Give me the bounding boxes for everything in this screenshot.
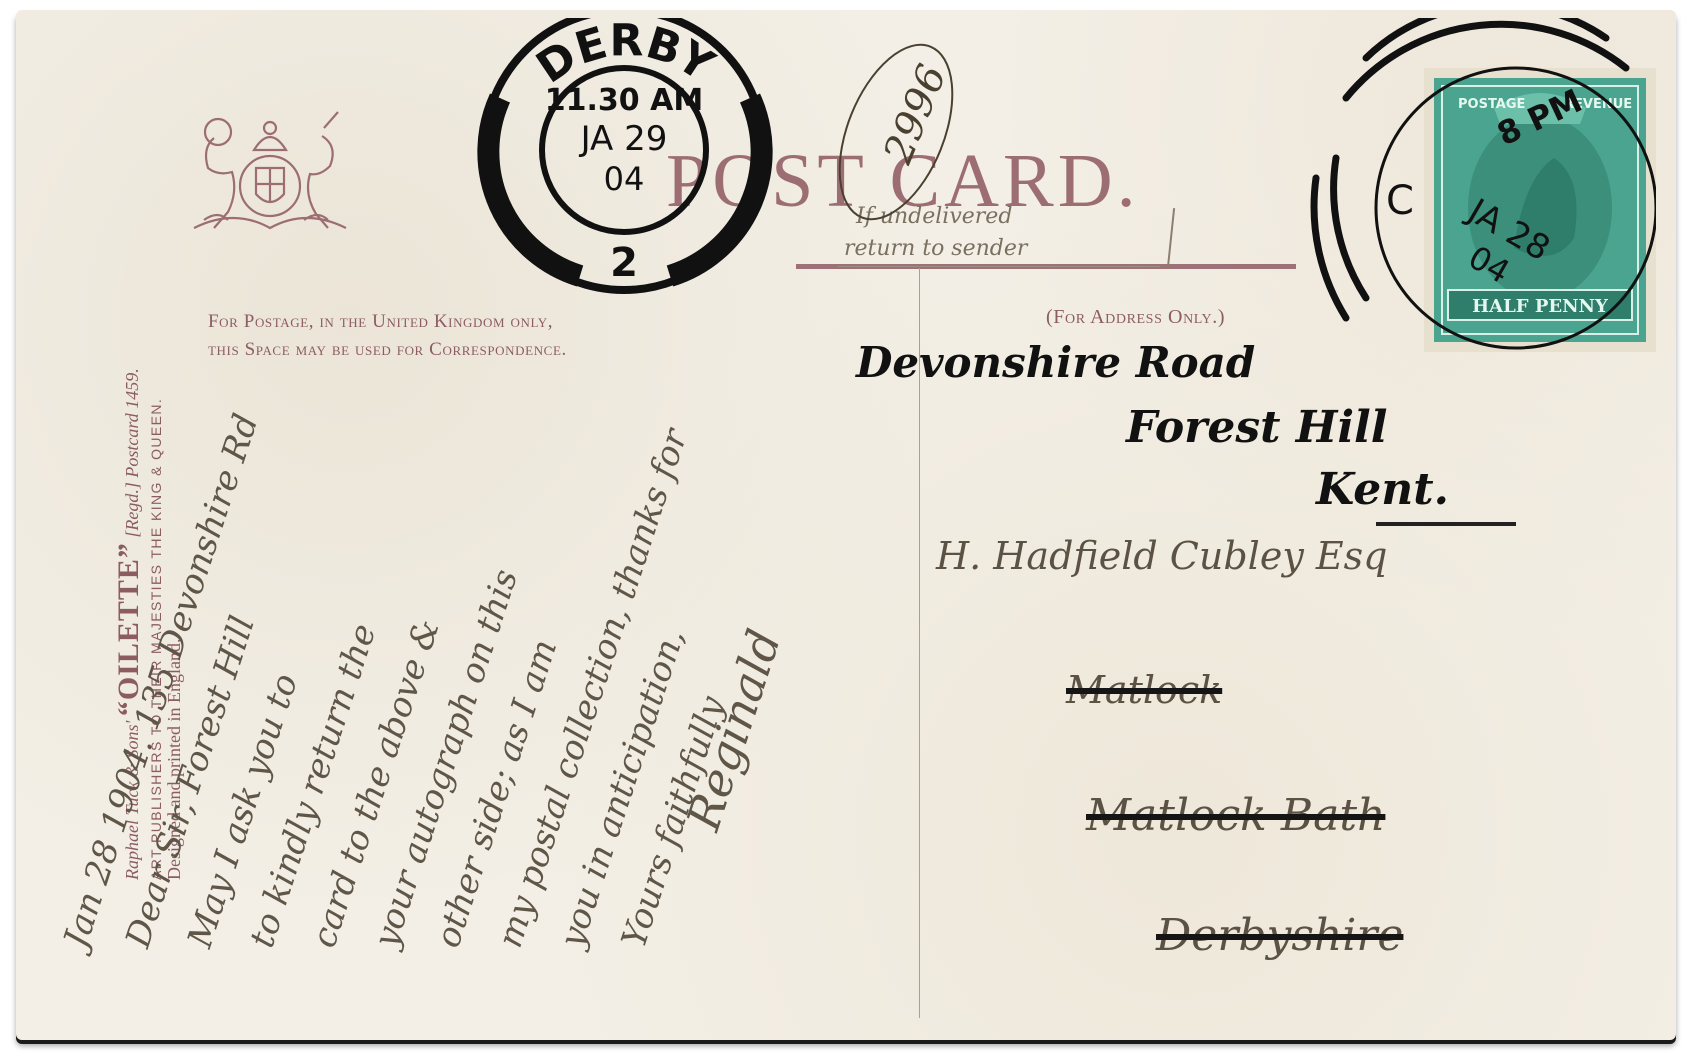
instruction-bracket [1167, 208, 1175, 268]
correspondence-note: For Postage, in the United Kingdom only,… [208, 308, 567, 364]
derby-postmark-time: 11.30 AM [545, 83, 703, 118]
postmark-town-partial: C [1386, 178, 1414, 224]
kent-underline [1376, 522, 1516, 526]
address-line: Devonshire Road [856, 338, 1255, 387]
publisher-reg: [Regd.] Postcard 1459. [122, 368, 142, 537]
address-line: Matlock Bath [1086, 790, 1385, 841]
reference-oval: 2996 [826, 32, 966, 232]
return-instruction-line2: return to sender [844, 236, 1027, 261]
address-note: (For Address Only.) [1046, 306, 1225, 329]
derby-postmark-date: JA 29 [579, 119, 668, 159]
address-line: Kent. [1316, 464, 1449, 515]
squared-circle-postmark-icon: C 8 PM JA 28 04 [1306, 18, 1656, 358]
correspondence-note-line1: For Postage, in the United Kingdom only, [208, 308, 567, 336]
address-line: Derbyshire [1156, 910, 1403, 961]
postcard: Raphael Tuck & Sons' “OILETTE” [Regd.] P… [16, 10, 1676, 1040]
royal-crest-icon [174, 98, 364, 248]
derby-postmark-code: 2 [610, 240, 638, 286]
reference-number: 2996 [875, 58, 956, 171]
derby-postmark-year: 04 [604, 160, 645, 198]
address-line: H. Hadfield Cubley Esq [936, 534, 1387, 578]
address-line: Forest Hill [1126, 402, 1388, 453]
derby-postmark-icon: DERBY 11.30 AM JA 29 04 2 [460, 18, 780, 300]
correspondence-note-line2: this Space may be used for Correspondenc… [208, 336, 567, 364]
address-line: Matlock [1066, 668, 1222, 712]
postmark-time: 8 PM [1491, 81, 1587, 153]
instruction-underline [838, 266, 1160, 267]
